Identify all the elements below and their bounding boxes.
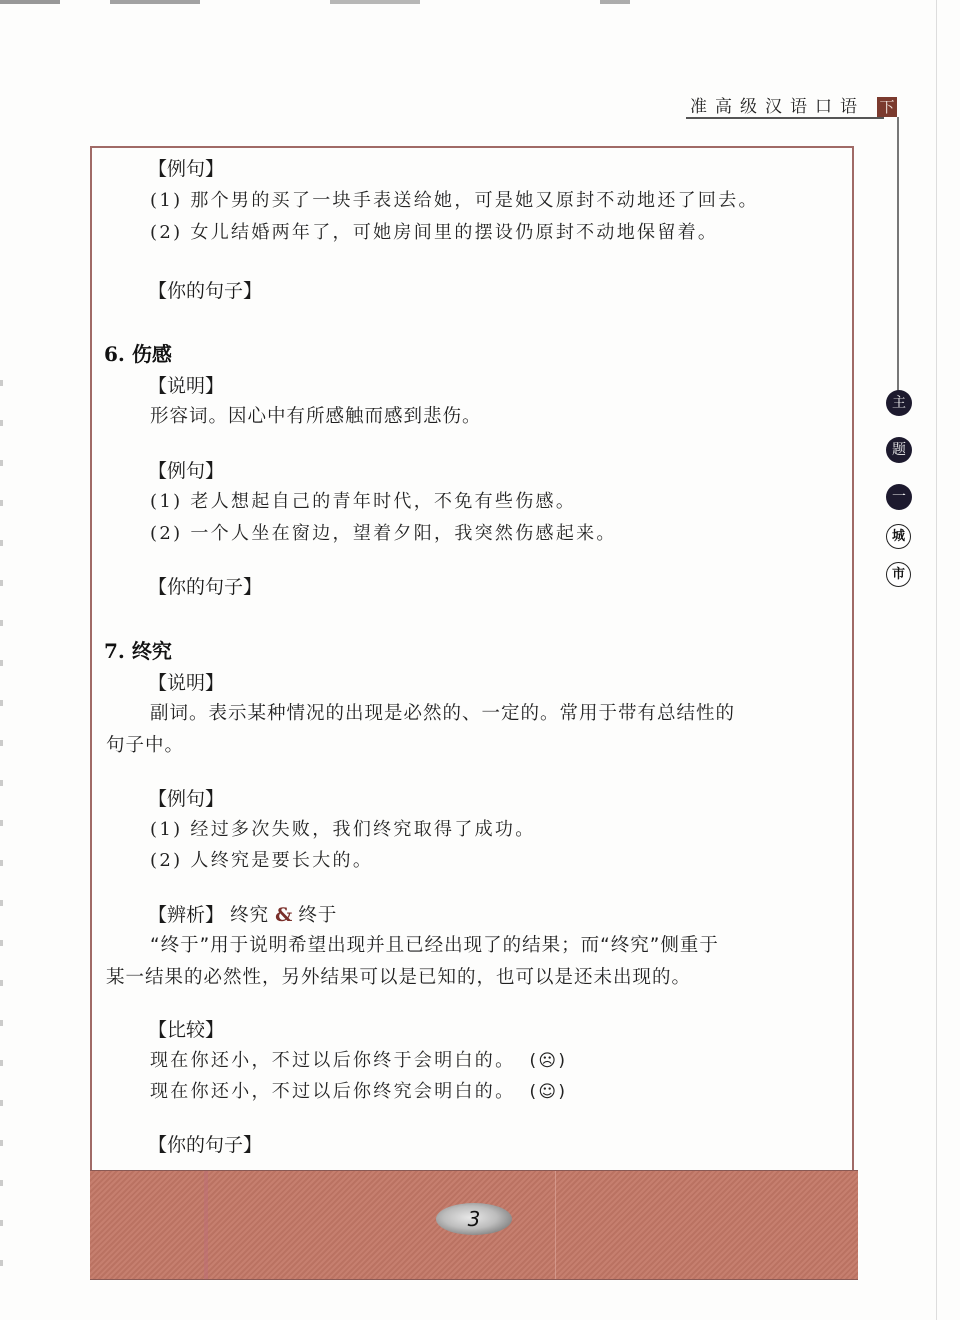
your-sentence-label: 【你的句子】: [148, 572, 262, 599]
example-sentence: (1) 老人想起自己的青年时代，不免有些伤感。: [150, 487, 576, 513]
theme-chip-2: 题: [886, 437, 912, 463]
analysis-text: “终于”用于说明希望出现并且已经出现了的结果；而“终究”侧重于: [150, 931, 719, 957]
running-header: 准高级汉语口语: [686, 92, 896, 120]
theme-chip-1: 主: [886, 390, 912, 416]
band-seam: [204, 1171, 208, 1279]
theme-chip-4: 城: [886, 524, 911, 549]
example-sentence: (1) 经过多次失败，我们终究取得了成功。: [150, 815, 536, 841]
theme-chip-5: 市: [886, 562, 911, 587]
example-sentence: (2) 女儿结婚两年了，可她房间里的摆设仍原封不动地保留着。: [150, 218, 718, 244]
example-sentence: (2) 一个人坐在窗边，望着夕阳，我突然伤感起来。: [150, 519, 617, 545]
entry-heading-6: 6. 伤感: [104, 338, 172, 367]
compare-sentence: 现在你还小，不过以后你终于会明白的。: [150, 1050, 515, 1071]
volume-badge: 下: [877, 97, 897, 117]
examples-label: 【例句】: [148, 456, 224, 483]
book-title: 准高级汉语口语: [690, 92, 865, 117]
examples-label: 【例句】: [148, 784, 224, 811]
analysis-label: 【辨析】: [148, 904, 224, 926]
example-sentence: (1) 那个男的买了一块手表送给她，可是她又原封不动地还了回去。: [150, 186, 759, 212]
your-sentence-label: 【你的句子】: [148, 276, 262, 303]
example-sentence: (2) 人终究是要长大的。: [150, 846, 373, 872]
scan-edge-left: [0, 380, 3, 1280]
page-edge-right: [936, 0, 937, 1320]
header-rule: [686, 117, 884, 119]
your-sentence-label: 【你的句子】: [148, 1130, 262, 1157]
smiley-face-icon: (☺): [529, 1082, 567, 1102]
compare-row: 现在你还小，不过以后你终究会明白的。 (☺): [150, 1077, 567, 1103]
explanation-text: 副词。表示某种情况的出现是必然的、一定的。常用于带有总结性的: [150, 699, 735, 725]
band-seam: [555, 1171, 556, 1279]
ampersand: &: [275, 904, 292, 926]
analysis-word-2: 终于: [298, 905, 337, 926]
entry-heading-7: 7. 终究: [104, 635, 172, 664]
sad-face-icon: (☹): [529, 1051, 567, 1071]
explanation-text: 形容词。因心中有所感触而感到悲伤。: [150, 402, 482, 428]
compare-label: 【比较】: [148, 1015, 224, 1042]
page-number: 3: [436, 1203, 512, 1235]
side-rule: [897, 117, 899, 392]
analysis-word-1: 终究: [230, 905, 269, 926]
scan-edge-top: [0, 0, 960, 4]
analysis-heading: 【辨析】 终究 & 终于: [148, 900, 337, 927]
theme-chip-3: 一: [886, 484, 912, 510]
explanation-label: 【说明】: [148, 371, 224, 398]
analysis-text-cont: 某一结果的必然性，另外结果可以是已知的，也可以是还未出现的。: [106, 963, 691, 989]
compare-row: 现在你还小，不过以后你终于会明白的。 (☹): [150, 1046, 567, 1072]
examples-label: 【例句】: [148, 154, 224, 181]
explanation-label: 【说明】: [148, 668, 224, 695]
explanation-text-cont: 句子中。: [106, 731, 184, 757]
compare-sentence: 现在你还小，不过以后你终究会明白的。: [150, 1081, 515, 1102]
